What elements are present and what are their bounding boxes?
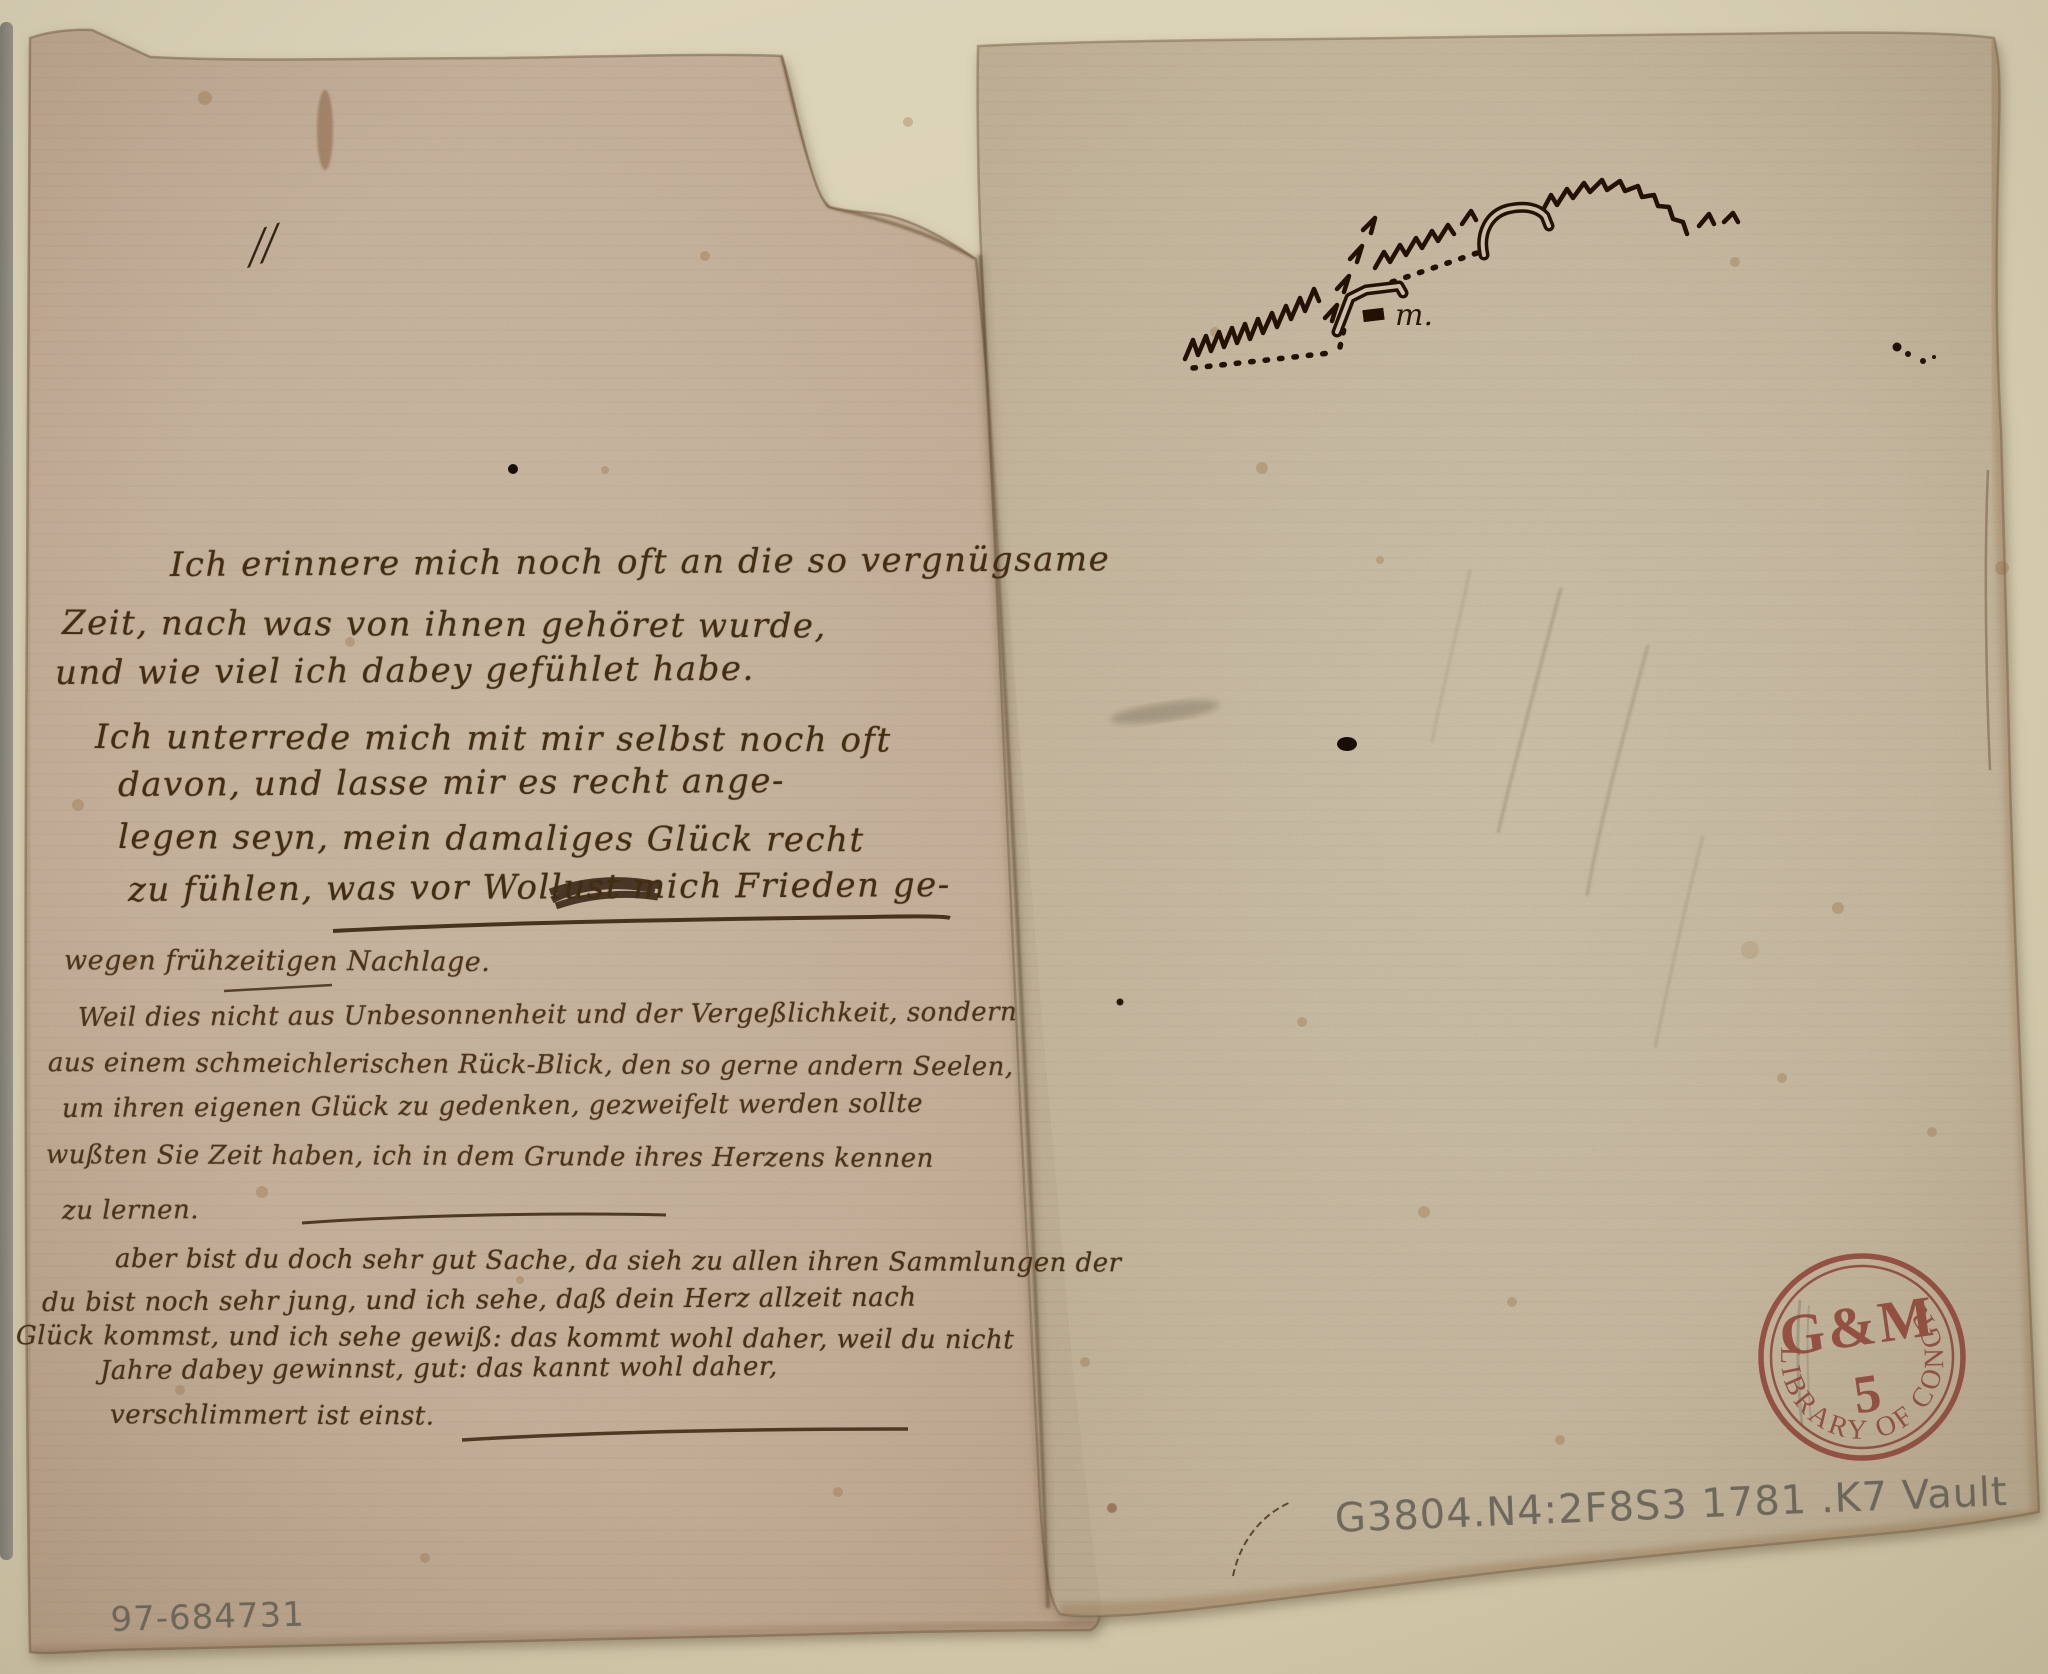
script-line: zu fühlen, was vor Wollust mich Frieden … xyxy=(128,865,951,910)
script-line: Ich unterrede mich mit mir selbst noch o… xyxy=(95,717,892,760)
script-line: Jahre dabey gewinnst, gut: das kannt woh… xyxy=(100,1352,778,1386)
script-line: davon, und lasse mir es recht ange- xyxy=(118,761,785,805)
script-line: aber bist du doch sehr gut Sache, da sie… xyxy=(115,1244,1122,1278)
building-block xyxy=(1362,308,1384,322)
accession-number: 97-684731 xyxy=(110,1595,305,1640)
script-line: zu lernen. xyxy=(62,1195,199,1226)
corner-ink-mark: // xyxy=(250,216,277,273)
script-line: Zeit, nach was von ihnen gehöret wurde, xyxy=(62,603,827,646)
manuscript-scan: { "scan": { "background_color": "#d7cdb0… xyxy=(0,0,2048,1674)
script-line: Weil dies nicht aus Unbesonnenheit und d… xyxy=(78,997,1017,1033)
script-line: und wie viel ich dabey gefühlet habe. xyxy=(55,649,755,693)
script-line: verschlimmert ist einst. xyxy=(110,1400,435,1431)
script-line: du bist noch sehr jung, und ich sehe, da… xyxy=(42,1283,917,1318)
script-line: legen seyn, mein damaliges Glück recht xyxy=(118,817,865,860)
sketch-label: m. xyxy=(1395,298,1433,333)
script-line: Glück kommst, und ich sehe gewiß: das ko… xyxy=(16,1321,1014,1355)
script-line: wegen frühzeitigen Nachlage. xyxy=(64,945,491,978)
script-line: Ich erinnere mich noch oft an die so ver… xyxy=(170,539,1111,585)
right-page-texture xyxy=(970,26,2048,1626)
script-line: wußten Sie Zeit haben, ich in dem Grunde… xyxy=(46,1140,934,1174)
script-line: aus einem schmeichlerischen Rück-Blick, … xyxy=(48,1048,1014,1082)
script-line: um ihren eigenen Glück zu gedenken, gezw… xyxy=(62,1089,923,1124)
